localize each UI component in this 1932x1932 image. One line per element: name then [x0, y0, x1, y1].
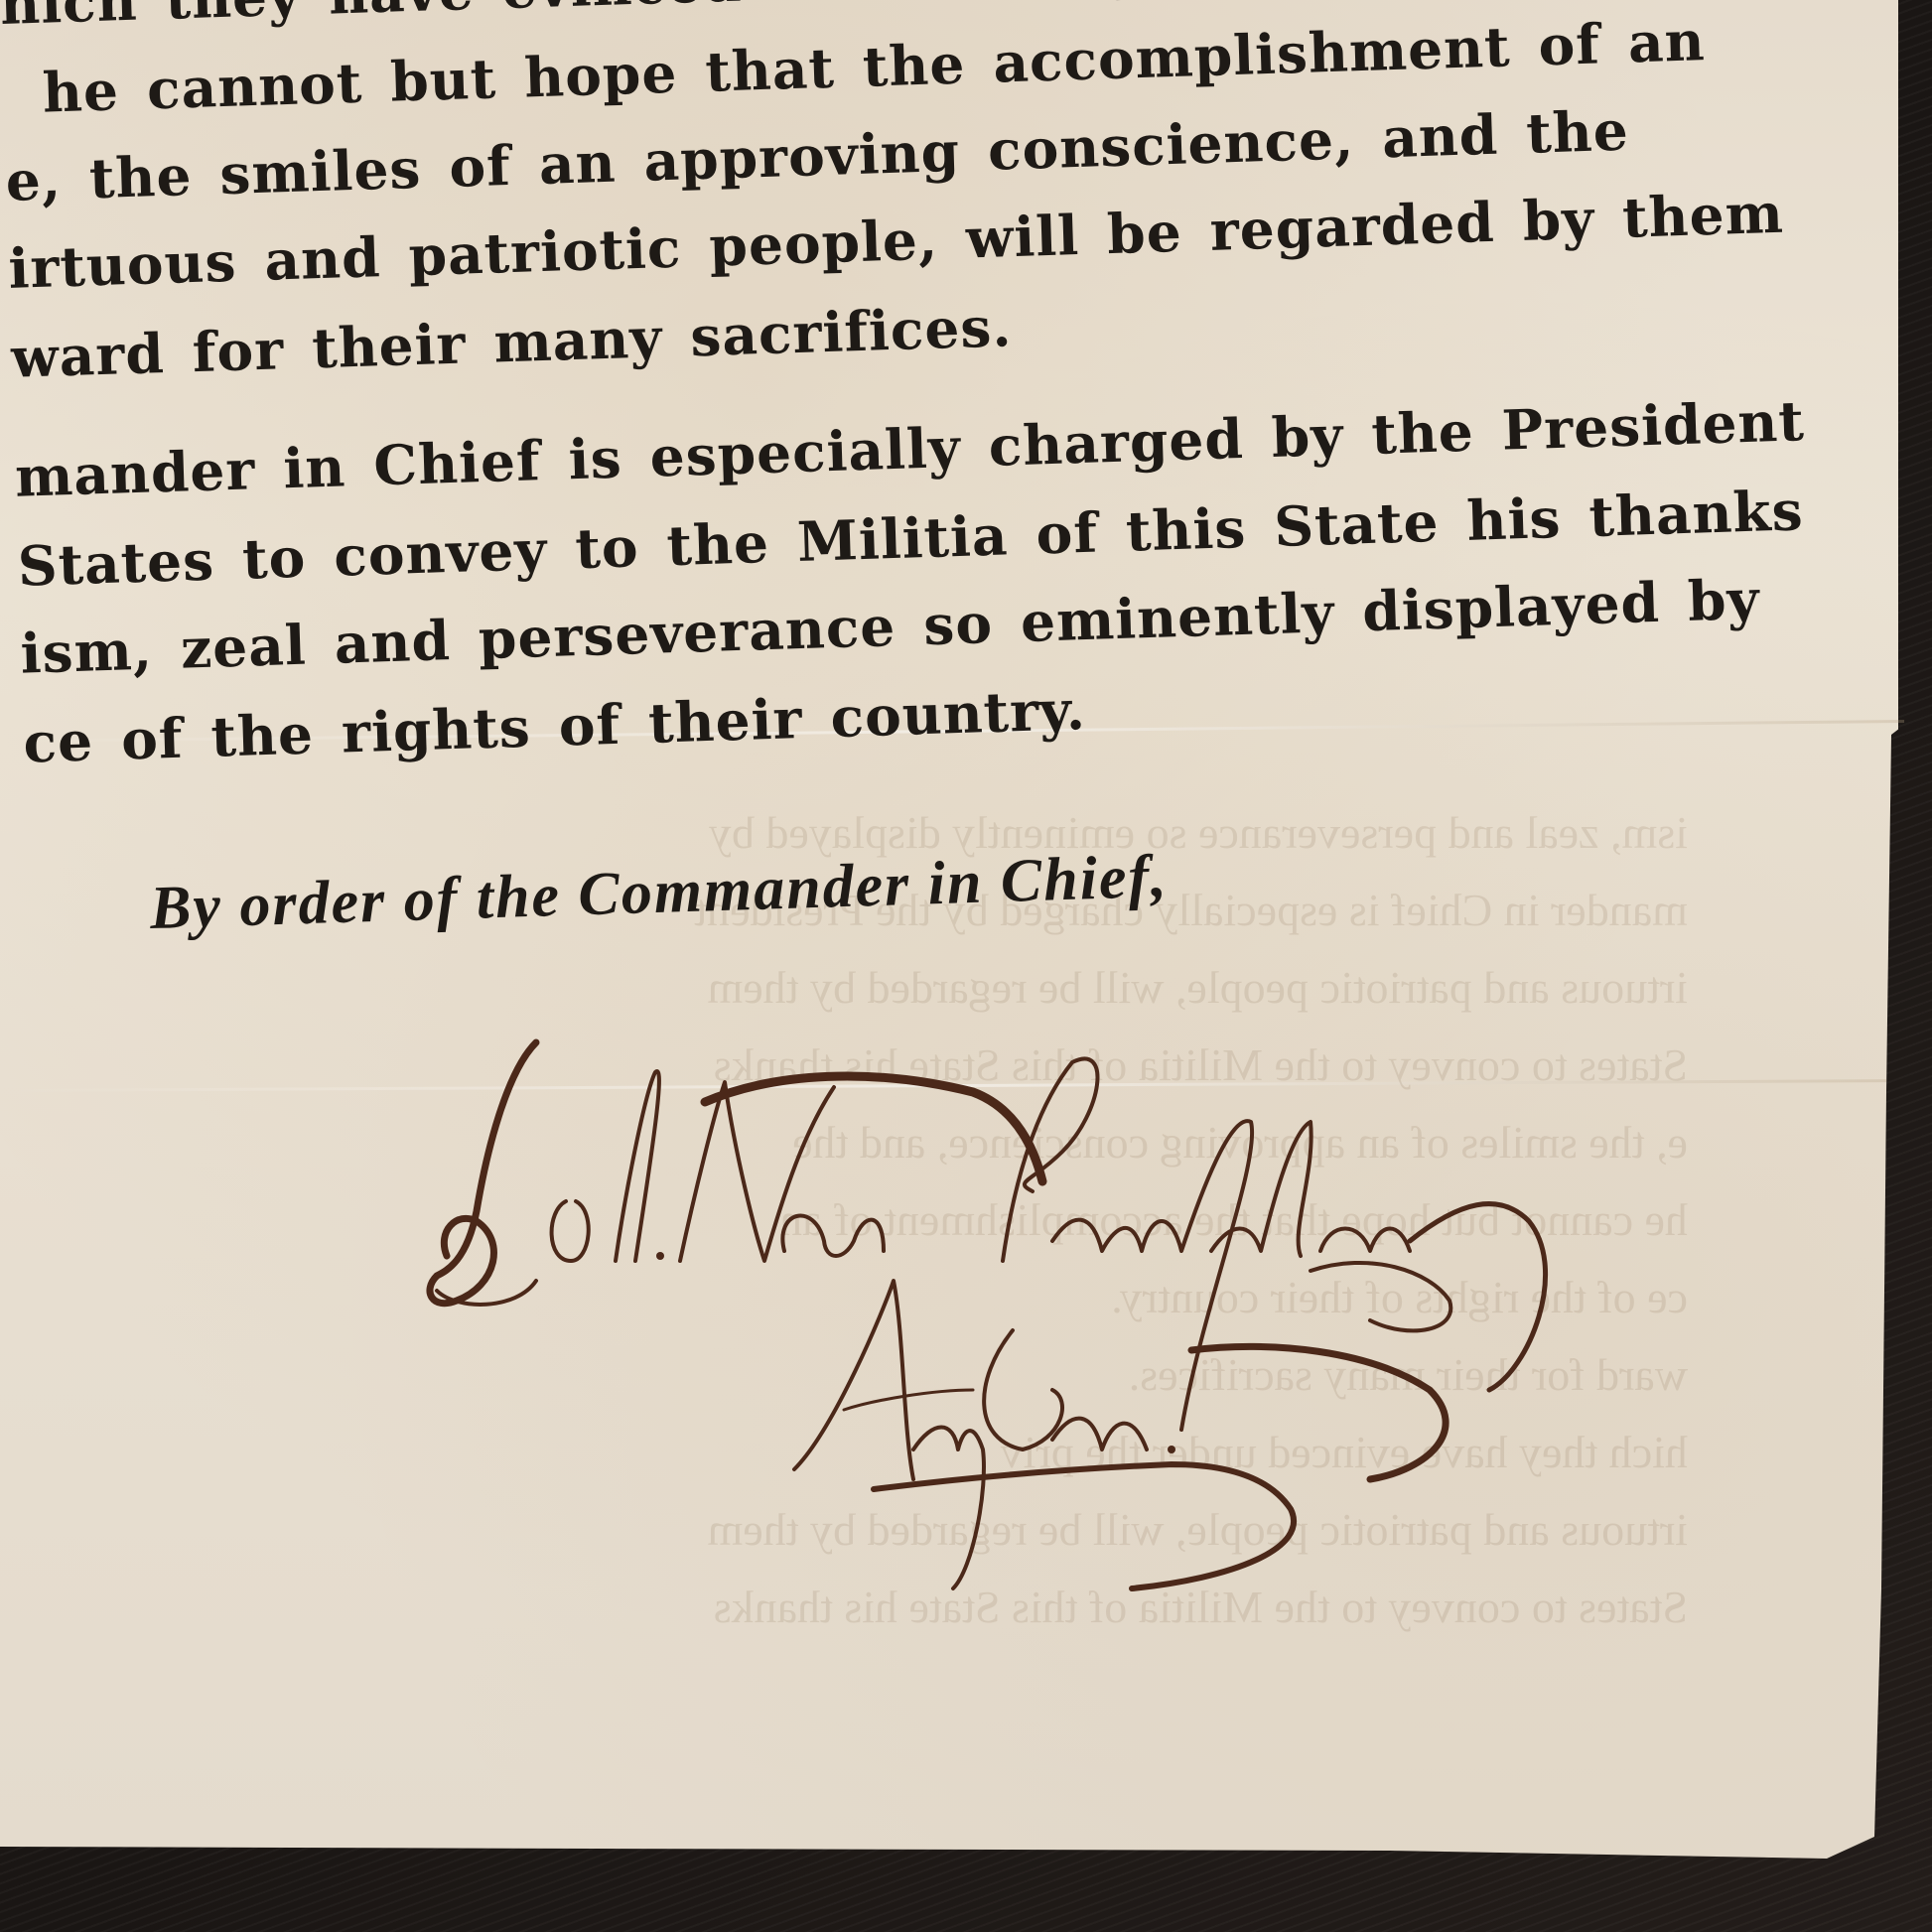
body-line-5: ward for their many sacrifices. [10, 294, 1013, 390]
body-line-9: ce of the rights of their country. [22, 677, 1086, 775]
document-page: ism, zeal and perseverance so eminently … [0, 0, 1898, 1859]
handwritten-signature [417, 1013, 1827, 1608]
